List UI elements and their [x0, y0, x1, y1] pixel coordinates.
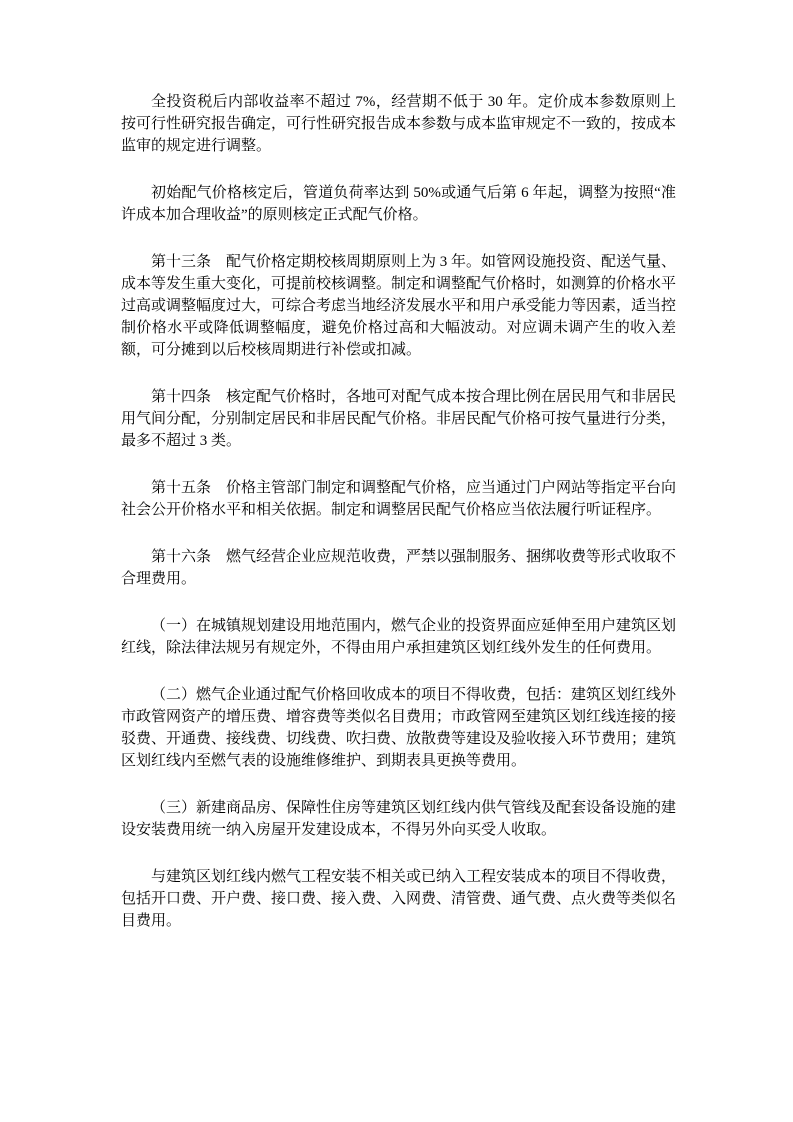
document-page: 全投资税后内部收益率不超过 7%，经营期不低于 30 年。定价成本参数原则上按可…	[0, 0, 793, 1122]
article-16-item-1: （一）在城镇规划建设用地范围内，燃气企业的投资界面应延伸至用户建筑区划红线，除法…	[121, 615, 676, 659]
article-16-item-3: （三）新建商品房、保障性住房等建筑区划红线内供气管线及配套设备设施的建设安装费用…	[121, 797, 676, 841]
document-body: 全投资税后内部收益率不超过 7%，经营期不低于 30 年。定价成本参数原则上按可…	[0, 0, 793, 932]
article-16-item-2: （二）燃气企业通过配气价格回收成本的项目不得收费，包括：建筑区划红线外市政管网资…	[121, 684, 676, 772]
article-16-closing-paragraph: 与建筑区划红线内燃气工程安装不相关或已纳入工程安装成本的项目不得收费，包括开口费…	[121, 866, 676, 932]
paragraph-initial-price-adjust: 初始配气价格核定后，管道负荷率达到 50%或通气后第 6 年起，调整为按照“准许…	[121, 182, 676, 226]
article-16-paragraph: 第十六条 燃气经营企业应规范收费，严禁以强制服务、捆绑收费等形式收取不合理费用。	[121, 546, 676, 590]
article-13-paragraph: 第十三条 配气价格定期校核周期原则上为 3 年。如管网设施投资、配送气量、成本等…	[121, 251, 676, 361]
article-15-paragraph: 第十五条 价格主管部门制定和调整配气价格，应当通过门户网站等指定平台向社会公开价…	[121, 477, 676, 521]
article-14-paragraph: 第十四条 核定配气价格时，各地可对配气成本按合理比例在居民用气和非居民用气间分配…	[121, 386, 676, 452]
paragraph-irr-pricing-basis: 全投资税后内部收益率不超过 7%，经营期不低于 30 年。定价成本参数原则上按可…	[121, 91, 676, 157]
